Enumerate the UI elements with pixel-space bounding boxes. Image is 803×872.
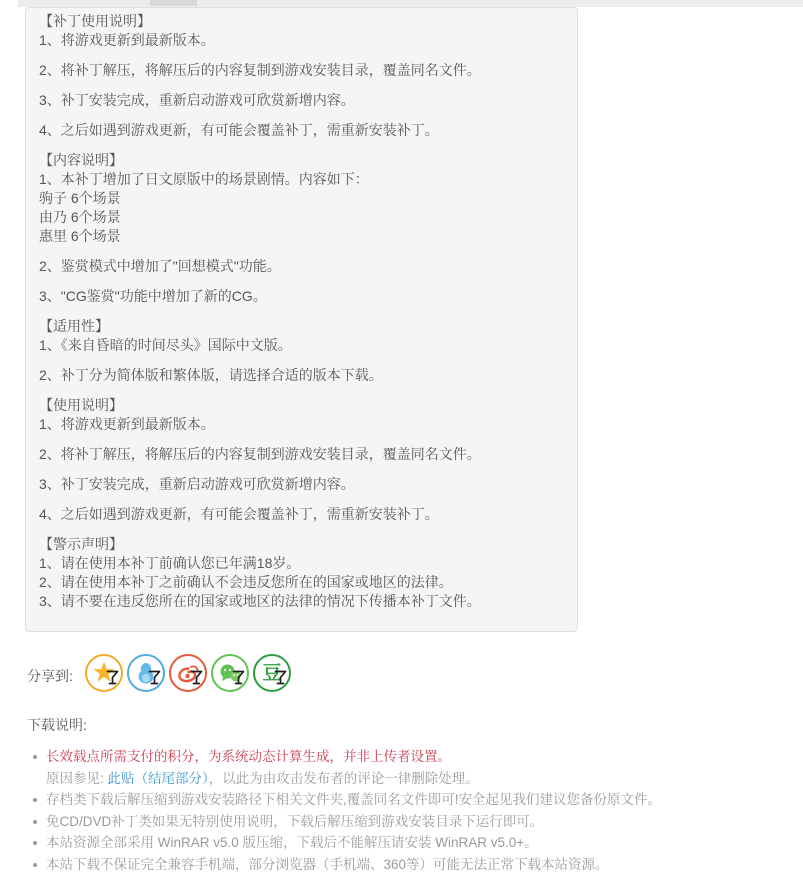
info-line: 由乃 6个场景 xyxy=(39,208,563,227)
download-note-item: 本站下载不保证完全兼容手机端，部分浏览器（手机端、360等）可能无法正常下载本站… xyxy=(27,854,789,872)
note-text: 存档类下载后解压缩到游戏安装路径下相关文件夹,覆盖同名文件即可!安全起见我们建议… xyxy=(46,792,661,807)
qzone-share-icon[interactable]: ★ xyxy=(85,654,123,692)
info-line: 1、将游戏更新到最新版本。 xyxy=(39,31,563,50)
download-notes-list: 长效载点所需支付的积分，为系统动态计算生成，并非上传者设置。原因参见: 此贴（结… xyxy=(27,746,789,872)
info-section-heading: 【补丁使用说明】 xyxy=(39,12,563,31)
patch-instructions-box: 【补丁使用说明】1、将游戏更新到最新版本。2、将补丁解压，将解压后的内容复制到游… xyxy=(25,7,578,632)
reason-post-link[interactable]: 此贴（结尾部分） xyxy=(108,771,209,786)
info-section-heading: 【警示声明】 xyxy=(39,535,563,554)
note-text: 本站下载不保证完全兼容手机端，部分浏览器（手机端、360等）可能无法正常下载本站… xyxy=(46,857,609,872)
info-section-heading: 【使用说明】 xyxy=(39,396,563,415)
info-line: 1、请在使用本补丁前确认您已年满18岁。 xyxy=(39,554,563,573)
info-section-heading: 【内容说明】 xyxy=(39,151,563,170)
info-section-heading: 【适用性】 xyxy=(39,317,563,336)
info-line: 3、"CG鉴赏"功能中增加了新的CG。 xyxy=(39,287,563,306)
note-reason-suffix: ，以此为由攻击发布者的评论一律删除处理。 xyxy=(209,771,479,786)
info-line: 3、请不要在违反您所在的国家或地区的法律的情况下传播本补丁文件。 xyxy=(39,592,563,611)
glass-glyph-icon xyxy=(232,670,245,690)
info-line: 1、将游戏更新到最新版本。 xyxy=(39,415,563,434)
info-line: 4、之后如遇到游戏更新，有可能会覆盖补丁，需重新安装补丁。 xyxy=(39,121,563,140)
note-text: 本站资源全部采用 WinRAR v5.0 版压缩，下载后不能解压请安装 WinR… xyxy=(46,835,538,850)
page-top-strip xyxy=(18,0,803,7)
download-notes-title: 下载说明: xyxy=(27,715,87,735)
weibo-share-icon[interactable] xyxy=(169,654,207,692)
douban-share-icon[interactable]: 豆 xyxy=(253,654,291,692)
qq-share-icon[interactable] xyxy=(127,654,165,692)
glass-glyph-icon xyxy=(106,670,119,690)
info-line: 4、之后如遇到游戏更新，有可能会覆盖补丁，需重新安装补丁。 xyxy=(39,505,563,524)
note-text: 免CD/DVD补丁类如果无特别使用说明，下载后解压缩到游戏安装目录下运行即可。 xyxy=(46,814,543,829)
page-top-tab-fragment xyxy=(150,0,197,6)
note-reason-prefix: 原因参见: xyxy=(46,771,108,786)
glass-glyph-icon xyxy=(190,670,203,690)
info-line: 2、请在使用本补丁之前确认不会违反您所在的国家或地区的法律。 xyxy=(39,573,563,592)
info-line: 3、补丁安装完成，重新启动游戏可欣赏新增内容。 xyxy=(39,91,563,110)
note-warning-text: 长效载点所需支付的积分，为系统动态计算生成，并非上传者设置。 xyxy=(46,749,451,764)
wechat-share-icon[interactable] xyxy=(211,654,249,692)
info-line: 驹子 6个场景 xyxy=(39,189,563,208)
glass-glyph-icon xyxy=(274,670,287,690)
info-line: 2、将补丁解压，将解压后的内容复制到游戏安装目录，覆盖同名文件。 xyxy=(39,445,563,464)
download-note-continuation: 原因参见: 此贴（结尾部分），以此为由攻击发布者的评论一律删除处理。 xyxy=(27,768,789,790)
info-line: 2、将补丁解压，将解压后的内容复制到游戏安装目录，覆盖同名文件。 xyxy=(39,61,563,80)
glass-glyph-icon xyxy=(148,670,161,690)
share-label: 分享到: xyxy=(27,666,73,686)
info-line: 1、《来自昏暗的时间尽头》国际中文版。 xyxy=(39,336,563,355)
info-line: 1、本补丁增加了日文原版中的场景剧情。内容如下： xyxy=(39,170,563,189)
download-note-item: 长效载点所需支付的积分，为系统动态计算生成，并非上传者设置。 xyxy=(27,746,789,768)
info-line: 2、补丁分为简体版和繁体版，请选择合适的版本下载。 xyxy=(39,366,563,385)
download-note-item: 存档类下载后解压缩到游戏安装路径下相关文件夹,覆盖同名文件即可!安全起见我们建议… xyxy=(27,789,789,811)
info-line: 3、补丁安装完成，重新启动游戏可欣赏新增内容。 xyxy=(39,475,563,494)
download-note-item: 本站资源全部采用 WinRAR v5.0 版压缩，下载后不能解压请安装 WinR… xyxy=(27,832,789,854)
download-note-item: 免CD/DVD补丁类如果无特别使用说明，下载后解压缩到游戏安装目录下运行即可。 xyxy=(27,811,789,833)
share-icon-bar: ★豆 xyxy=(85,654,291,692)
info-line: 2、鉴赏模式中增加了"回想模式"功能。 xyxy=(39,257,563,276)
info-line: 惠里 6个场景 xyxy=(39,227,563,246)
